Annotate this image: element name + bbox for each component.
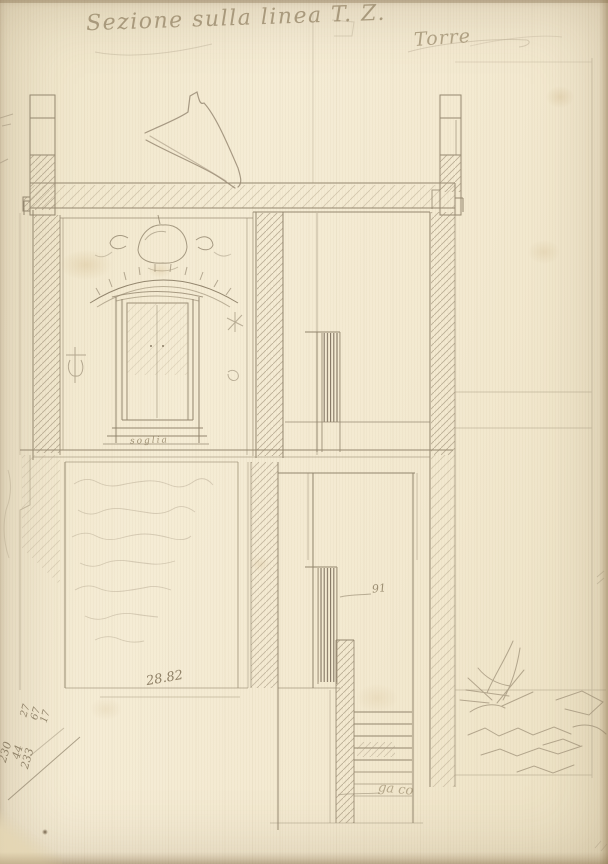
rosette-ornament: [227, 312, 243, 381]
door: [103, 292, 209, 445]
sconce-ornament: [66, 347, 86, 383]
foxing-stain: [250, 556, 270, 572]
foxing-stain: [60, 250, 112, 280]
rubble-plant-sketch: [460, 641, 606, 773]
lower-left-wall: [4, 455, 60, 690]
calc-line: 17: [40, 709, 54, 724]
foxing-stain: [546, 86, 574, 108]
freehand-arrow-sketch: [145, 92, 241, 188]
floor-line: [20, 450, 453, 457]
paper-sheet: Sezione sulla linea T. Z. Torre soglia 2…: [0, 0, 608, 864]
pencil-arithmetic-lower: 230 44 233: [0, 740, 36, 770]
roof-slab: [24, 183, 463, 215]
left-chimney: [23, 95, 55, 215]
margin-marks: [0, 12, 562, 183]
lower-left-room: [65, 462, 248, 697]
sheet-edge-right: [599, 0, 608, 864]
right-margin-lines: [455, 58, 607, 851]
lower-central-wall: [251, 462, 278, 830]
pencil-arithmetic-upper: 27 67 17: [19, 703, 53, 724]
dimension-91: 91: [371, 581, 386, 595]
threshold-label: soglia: [130, 435, 169, 446]
calc-line: 233: [19, 747, 36, 770]
foxing-stain: [148, 262, 172, 278]
sheet-edge-top: [0, 0, 608, 3]
foxing-stain: [90, 698, 122, 720]
foxing-stain: [528, 240, 560, 264]
upper-right-room: [285, 213, 430, 455]
sheet-edge-bottom: [0, 852, 608, 864]
tower-label: Torre: [413, 25, 471, 51]
foxing-stain: [356, 684, 398, 712]
